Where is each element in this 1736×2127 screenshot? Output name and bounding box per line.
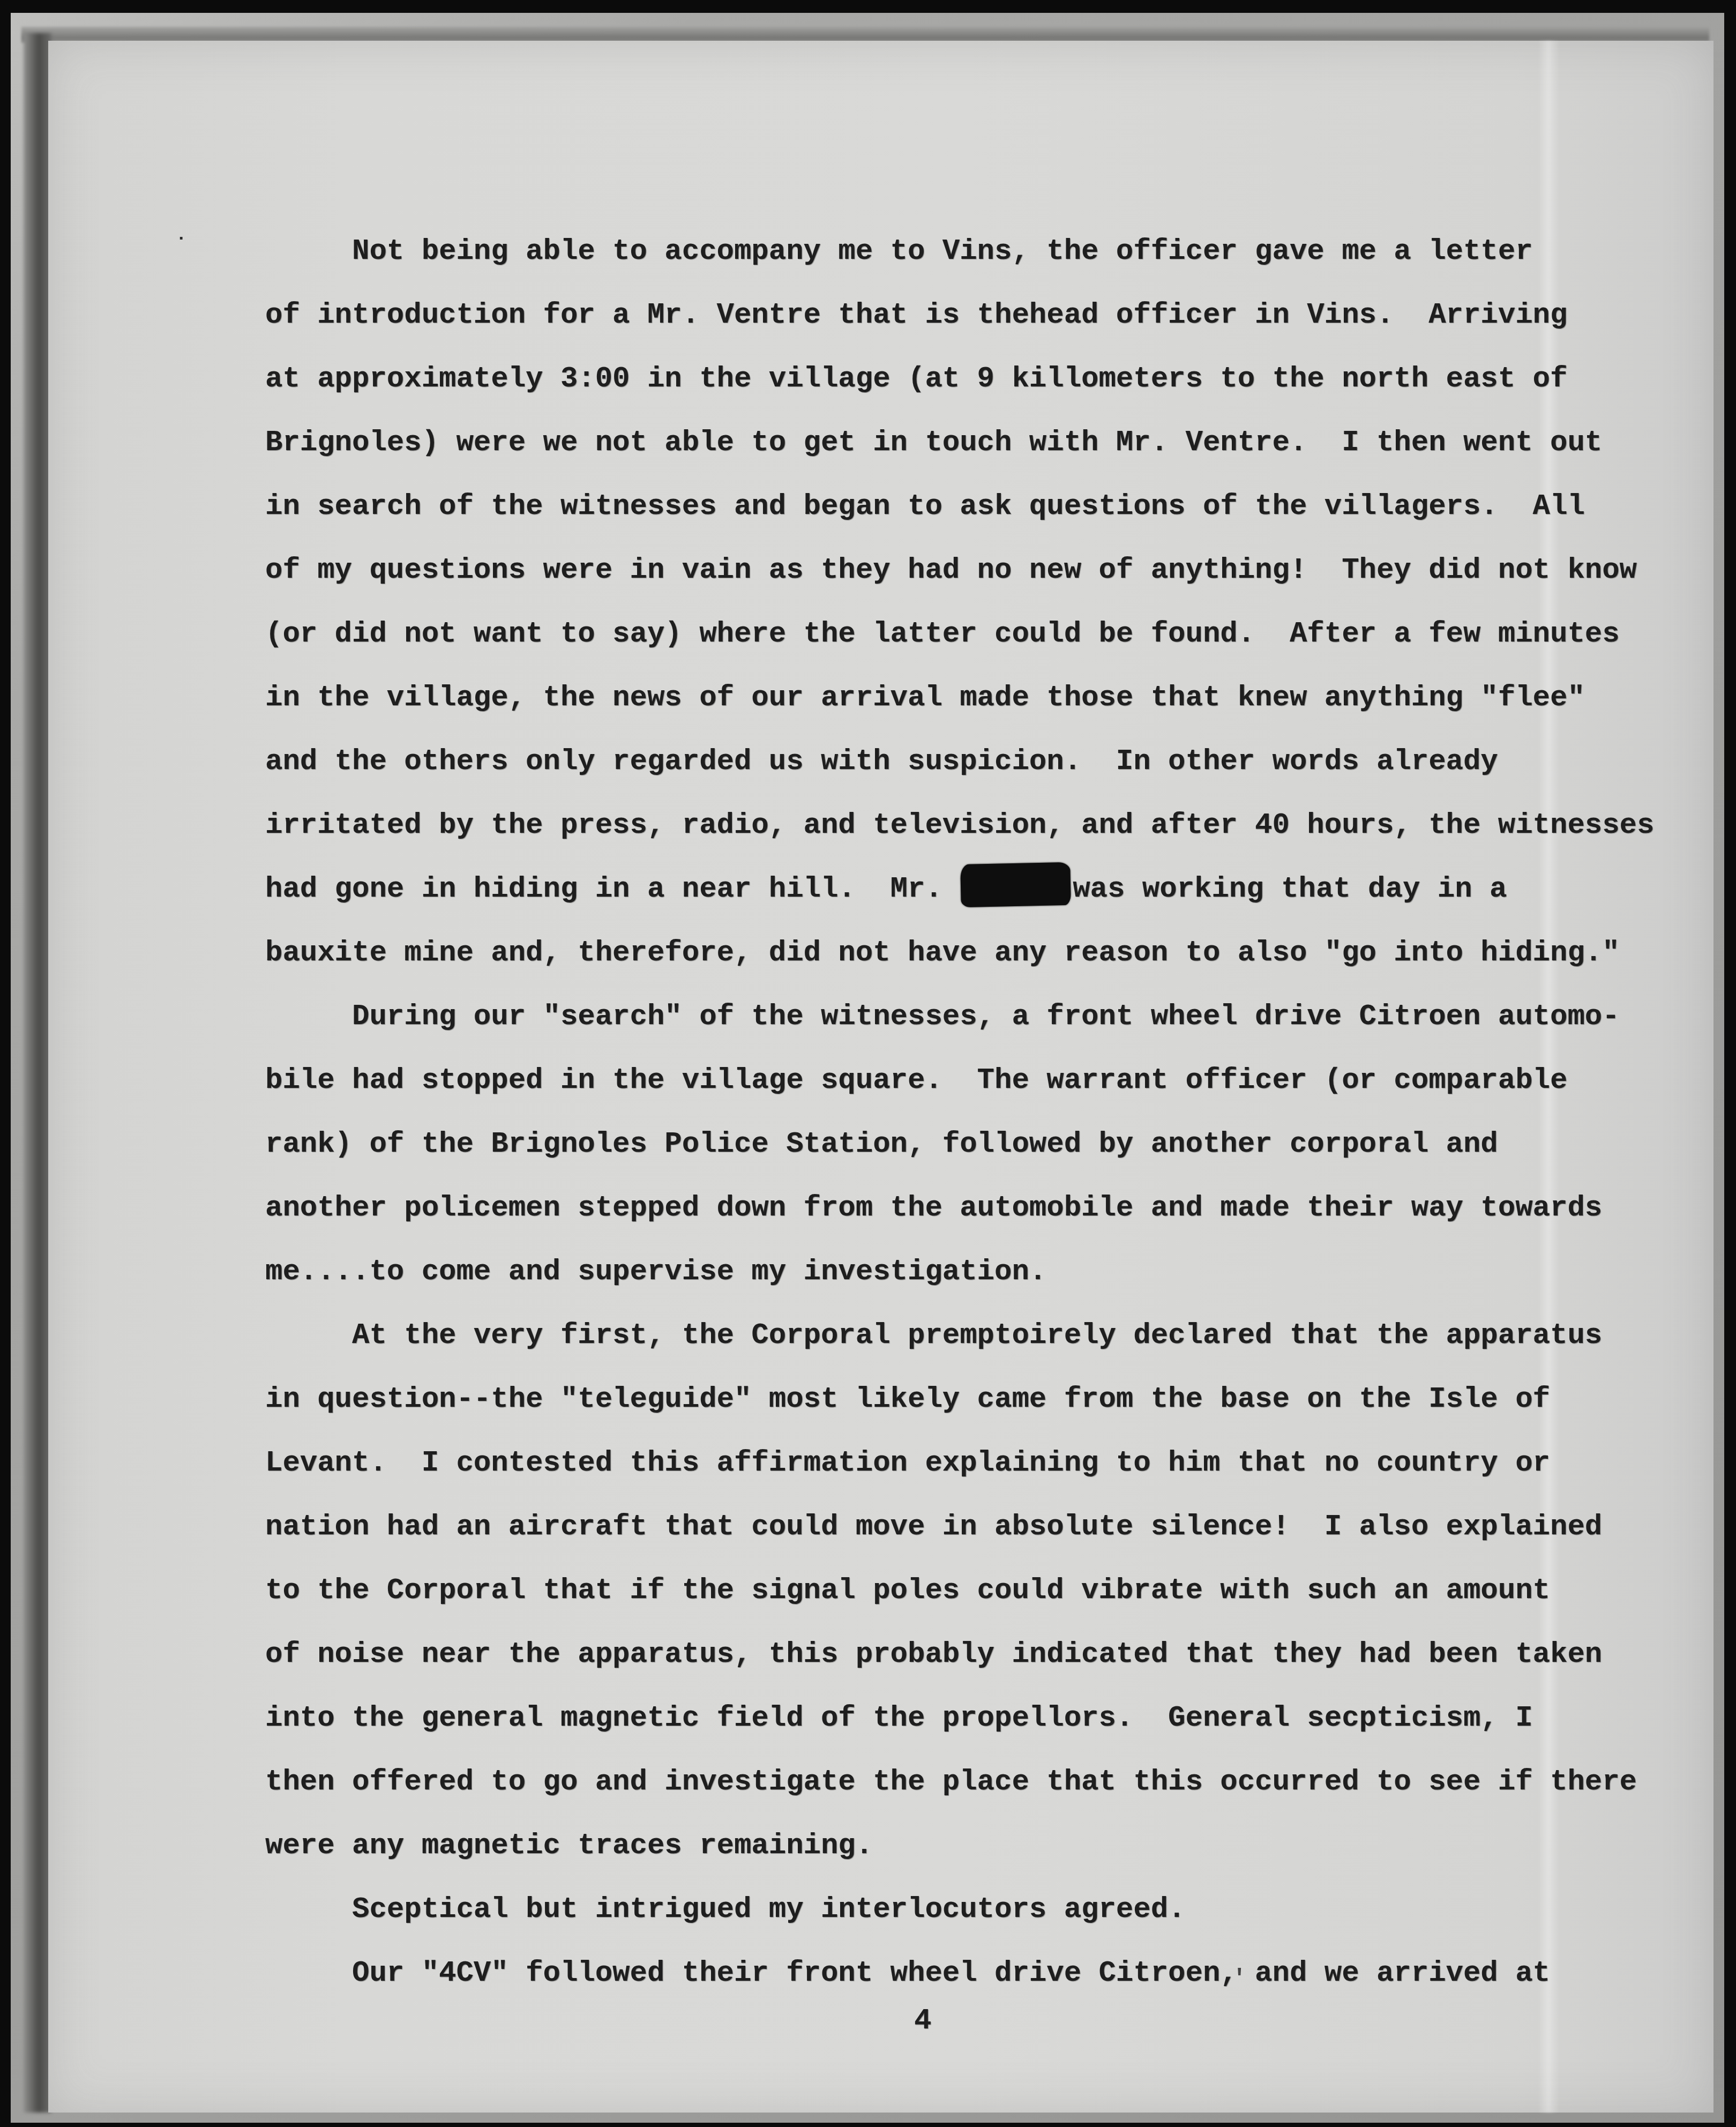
text-line: had gone in hiding in a near hill. Mr. w… bbox=[265, 857, 1701, 921]
text-line: rank) of the Brignoles Police Station, f… bbox=[265, 1113, 1701, 1176]
text-line: bile had stopped in the village square. … bbox=[265, 1049, 1701, 1113]
text-block: Not being able to accompany me to Vins, … bbox=[265, 220, 1701, 2005]
text-line: into the general magnetic field of the p… bbox=[265, 1686, 1701, 1750]
text-line: bauxite mine and, therefore, did not hav… bbox=[265, 921, 1701, 985]
text-line: of noise near the apparatus, this probab… bbox=[265, 1623, 1701, 1686]
text-line: me....to come and supervise my investiga… bbox=[265, 1240, 1701, 1304]
paper-edge-shadow-left bbox=[24, 33, 51, 2113]
text-before-redaction: had gone in hiding in a near hill. Mr. bbox=[265, 873, 960, 906]
text-line: irritated by the press, radio, and telev… bbox=[265, 794, 1701, 857]
text-line: Not being able to accompany me to Vins, … bbox=[265, 220, 1701, 283]
text-line: Our "4CV" followed their front wheel dri… bbox=[265, 1942, 1701, 2005]
text-line: nation had an aircraft that could move i… bbox=[265, 1495, 1701, 1559]
stray-quote-mark: ' bbox=[1232, 1966, 1246, 1992]
text-line: and the others only regarded us with sus… bbox=[265, 730, 1701, 794]
text-line: in search of the witnesses and began to … bbox=[265, 475, 1701, 539]
text-after-redaction: was working that day in a bbox=[1073, 873, 1507, 906]
text-line: (or did not want to say) where the latte… bbox=[265, 602, 1701, 666]
text-line: another policemen stepped down from the … bbox=[265, 1176, 1701, 1240]
text-line: in the village, the news of our arrival … bbox=[265, 666, 1701, 730]
text-line: to the Corporal that if the signal poles… bbox=[265, 1559, 1701, 1623]
text-line: Brignoles) were we not able to get in to… bbox=[265, 411, 1701, 475]
stray-dot: . bbox=[176, 225, 186, 245]
text-line: at approximately 3:00 in the village (at… bbox=[265, 347, 1701, 411]
text-line: At the very first, the Corporal premptoi… bbox=[265, 1304, 1701, 1368]
text-line: During our "search" of the witnesses, a … bbox=[265, 985, 1701, 1049]
text-line: then offered to go and investigate the p… bbox=[265, 1750, 1701, 1814]
scan-frame: Not being able to accompany me to Vins, … bbox=[0, 0, 1736, 2127]
text-line: Levant. I contested this affirmation exp… bbox=[265, 1431, 1701, 1495]
text-line: Sceptical but intrigued my interlocutors… bbox=[265, 1878, 1701, 1942]
stray-dot: . bbox=[267, 1131, 276, 1149]
text-line: of introduction for a Mr. Ventre that is… bbox=[265, 283, 1701, 347]
text-line: were any magnetic traces remaining. bbox=[265, 1814, 1701, 1878]
redaction-mark bbox=[960, 862, 1071, 907]
text-line: of my questions were in vain as they had… bbox=[265, 539, 1701, 602]
page-number: 4 bbox=[914, 1989, 931, 2053]
text-line: in question--the "teleguide" most likely… bbox=[265, 1368, 1701, 1431]
